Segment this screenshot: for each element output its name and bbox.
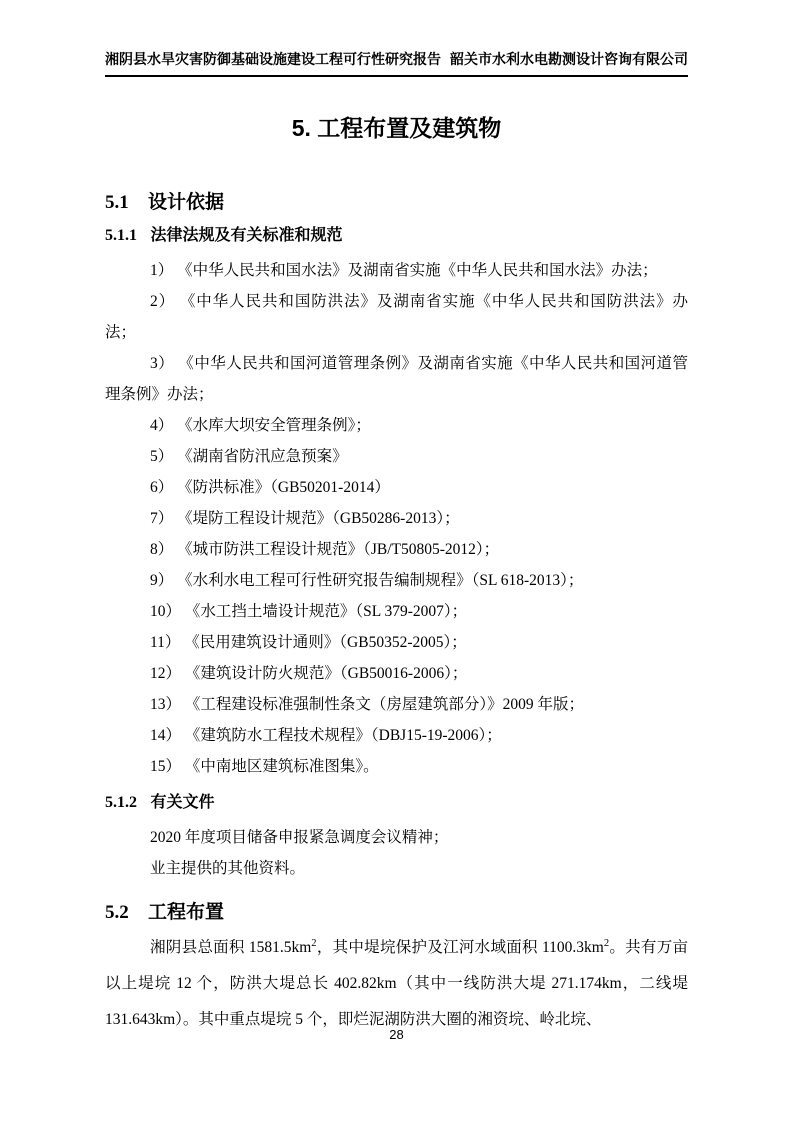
subsection-number: 5.1.1: [105, 227, 137, 244]
list-item: 9） 《水利水电工程可行性研究报告编制规程》（SL 618-2013）；: [105, 565, 688, 596]
list-item: 1） 《中华人民共和国水法》及湖南省实施《中华人民共和国水法》办法；: [105, 255, 688, 286]
list-item: 2020 年度项目储备申报紧急调度会议精神；: [105, 822, 688, 853]
page-number: 28: [0, 1027, 793, 1042]
list-item: 12） 《建筑设计防火规范》（GB50016-2006）；: [105, 658, 688, 689]
list-item: 7） 《堤防工程设计规范》（GB50286-2013）；: [105, 503, 688, 534]
list-item: 14） 《建筑防水工程技术规程》（DBJ15-19-2006）；: [105, 720, 688, 751]
list-item: 5） 《湖南省防汛应急预案》: [105, 441, 688, 472]
legal-standards-list: 1） 《中华人民共和国水法》及湖南省实施《中华人民共和国水法》办法；2） 《中华…: [105, 255, 688, 782]
list-item: 8） 《城市防洪工程设计规范》（JB/T50805-2012）；: [105, 534, 688, 565]
list-item: 2） 《中华人民共和国防洪法》及湖南省实施《中华人民共和国防洪法》办法；: [105, 286, 688, 348]
subsection-label: 有关文件: [150, 794, 214, 811]
list-item: 10） 《水工挡土墙设计规范》（SL 379-2007）；: [105, 596, 688, 627]
list-item: 11） 《民用建筑设计通则》（GB50352-2005）；: [105, 627, 688, 658]
section-heading-5-2: 5.2 工程布置: [105, 900, 688, 925]
project-layout-paragraph: 湘阴县总面积 1581.5km2，其中堤垸保护及江河水域面积 1100.3km2…: [105, 930, 688, 1038]
list-item: 13） 《工程建设标准强制性条文（房屋建筑部分）》2009 年版；: [105, 689, 688, 720]
text-run: 湘阴县总面积 1581.5km: [150, 939, 311, 956]
text-run: ，其中堤垸保护及江河水域面积 1100.3km: [317, 939, 604, 956]
header-report-title: 湘阴县水旱灾害防御基础设施建设工程可行性研究报告: [105, 52, 441, 70]
page-header: 湘阴县水旱灾害防御基础设施建设工程可行性研究报告 韶关市水利水电勘测设计咨询有限…: [105, 0, 688, 77]
document-page: 湘阴县水旱灾害防御基础设施建设工程可行性研究报告 韶关市水利水电勘测设计咨询有限…: [0, 0, 793, 1122]
list-item: 6） 《防洪标准》（GB50201-2014）: [105, 472, 688, 503]
chapter-title: 5. 工程布置及建筑物: [105, 113, 688, 143]
section-label: 设计依据: [148, 192, 224, 213]
list-item: 3） 《中华人民共和国河道管理条例》及湖南省实施《中华人民共和国河道管理条例》办…: [105, 348, 688, 410]
list-item: 4） 《水库大坝安全管理条例》；: [105, 410, 688, 441]
list-item: 15） 《中南地区建筑标准图集》。: [105, 751, 688, 782]
subsection-label: 法律法规及有关标准和规范: [150, 227, 342, 244]
section-label: 工程布置: [148, 902, 224, 923]
subsection-heading-5-1-2: 5.1.2 有关文件: [105, 792, 688, 813]
page-content: 湘阴县水旱灾害防御基础设施建设工程可行性研究报告 韶关市水利水电勘测设计咨询有限…: [105, 0, 688, 1038]
subsection-heading-5-1-1: 5.1.1 法律法规及有关标准和规范: [105, 225, 688, 246]
section-number: 5.2: [105, 902, 129, 923]
header-company-name: 韶关市水利水电勘测设计咨询有限公司: [450, 52, 688, 70]
list-item: 业主提供的其他资料。: [105, 853, 688, 884]
subsection-number: 5.1.2: [105, 794, 137, 811]
section-number: 5.1: [105, 192, 129, 213]
related-documents-list: 2020 年度项目储备申报紧急调度会议精神；业主提供的其他资料。: [105, 822, 688, 884]
section-heading-5-1: 5.1 设计依据: [105, 190, 688, 215]
